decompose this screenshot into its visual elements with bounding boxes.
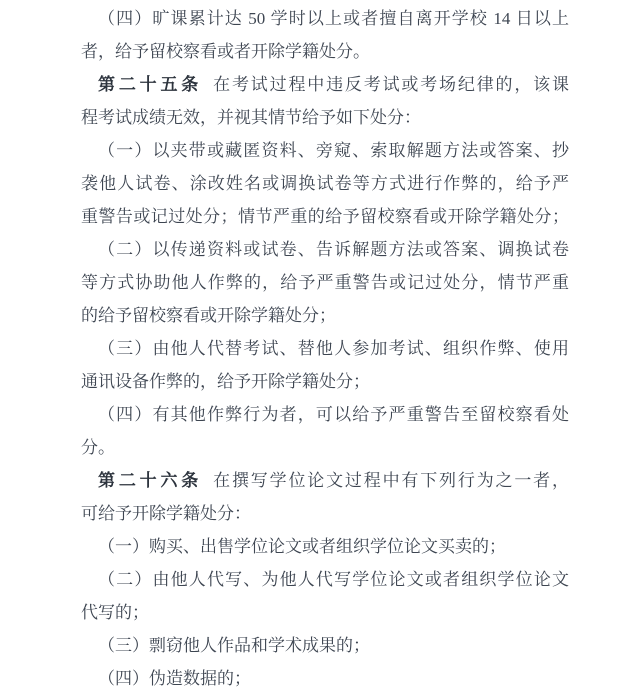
document-line: 通讯设备作弊的，给予开除学籍处分； xyxy=(81,365,569,398)
article-text: 在撰写学位论文过程中有下列行为之一者， xyxy=(202,471,569,490)
article-number: 第二十六条 xyxy=(98,471,202,490)
document-line: （一）以夹带或藏匿资料、旁窥、索取解题方法或答案、抄 xyxy=(81,134,569,167)
document-line: （四）有其他作弊行为者，可以给予严重警告至留校察看处 xyxy=(81,398,569,431)
document-line: 袭他人试卷、涂改姓名或调换试卷等方式进行作弊的，给予严 xyxy=(81,167,569,200)
document-line: （二）以传递资料或试卷、告诉解题方法或答案、调换试卷 xyxy=(81,233,569,266)
article-text: 在考试过程中违反考试或考场纪律的，该课 xyxy=(202,75,569,94)
document-line: 等方式协助他人作弊的，给予严重警告或记过处分，情节严重 xyxy=(81,266,569,299)
document-line: 第二十六条在撰写学位论文过程中有下列行为之一者， xyxy=(81,464,569,497)
document-line: （四）伪造数据的； xyxy=(81,662,569,692)
document-line: 第二十五条在考试过程中违反考试或考场纪律的，该课 xyxy=(81,68,569,101)
document-line: 程考试成绩无效，并视其情节给予如下处分： xyxy=(81,101,569,134)
document-line: 可给予开除学籍处分： xyxy=(81,497,569,530)
document-line: 重警告或记过处分；情节严重的给予留校察看或开除学籍处分； xyxy=(81,200,569,233)
document-line: 的给予留校察看或开除学籍处分； xyxy=(81,299,569,332)
document-line: （三）由他人代替考试、替他人参加考试、组织作弊、使用 xyxy=(81,332,569,365)
document-line: 分。 xyxy=(81,431,569,464)
document-line: （四）旷课累计达 50 学时以上或者擅自离开学校 14 日以上 xyxy=(81,2,569,35)
document-line: （一）购买、出售学位论文或者组织学位论文买卖的； xyxy=(81,530,569,563)
document-line: 代写的； xyxy=(81,596,569,629)
document-line: （二）由他人代写、为他人代写学位论文或者组织学位论文 xyxy=(81,563,569,596)
document-line: （三）剽窃他人作品和学术成果的； xyxy=(81,629,569,662)
article-number: 第二十五条 xyxy=(98,75,202,94)
document-line: 者，给予留校察看或者开除学籍处分。 xyxy=(81,35,569,68)
document-page: （四）旷课累计达 50 学时以上或者擅自离开学校 14 日以上 者，给予留校察看… xyxy=(0,0,632,692)
